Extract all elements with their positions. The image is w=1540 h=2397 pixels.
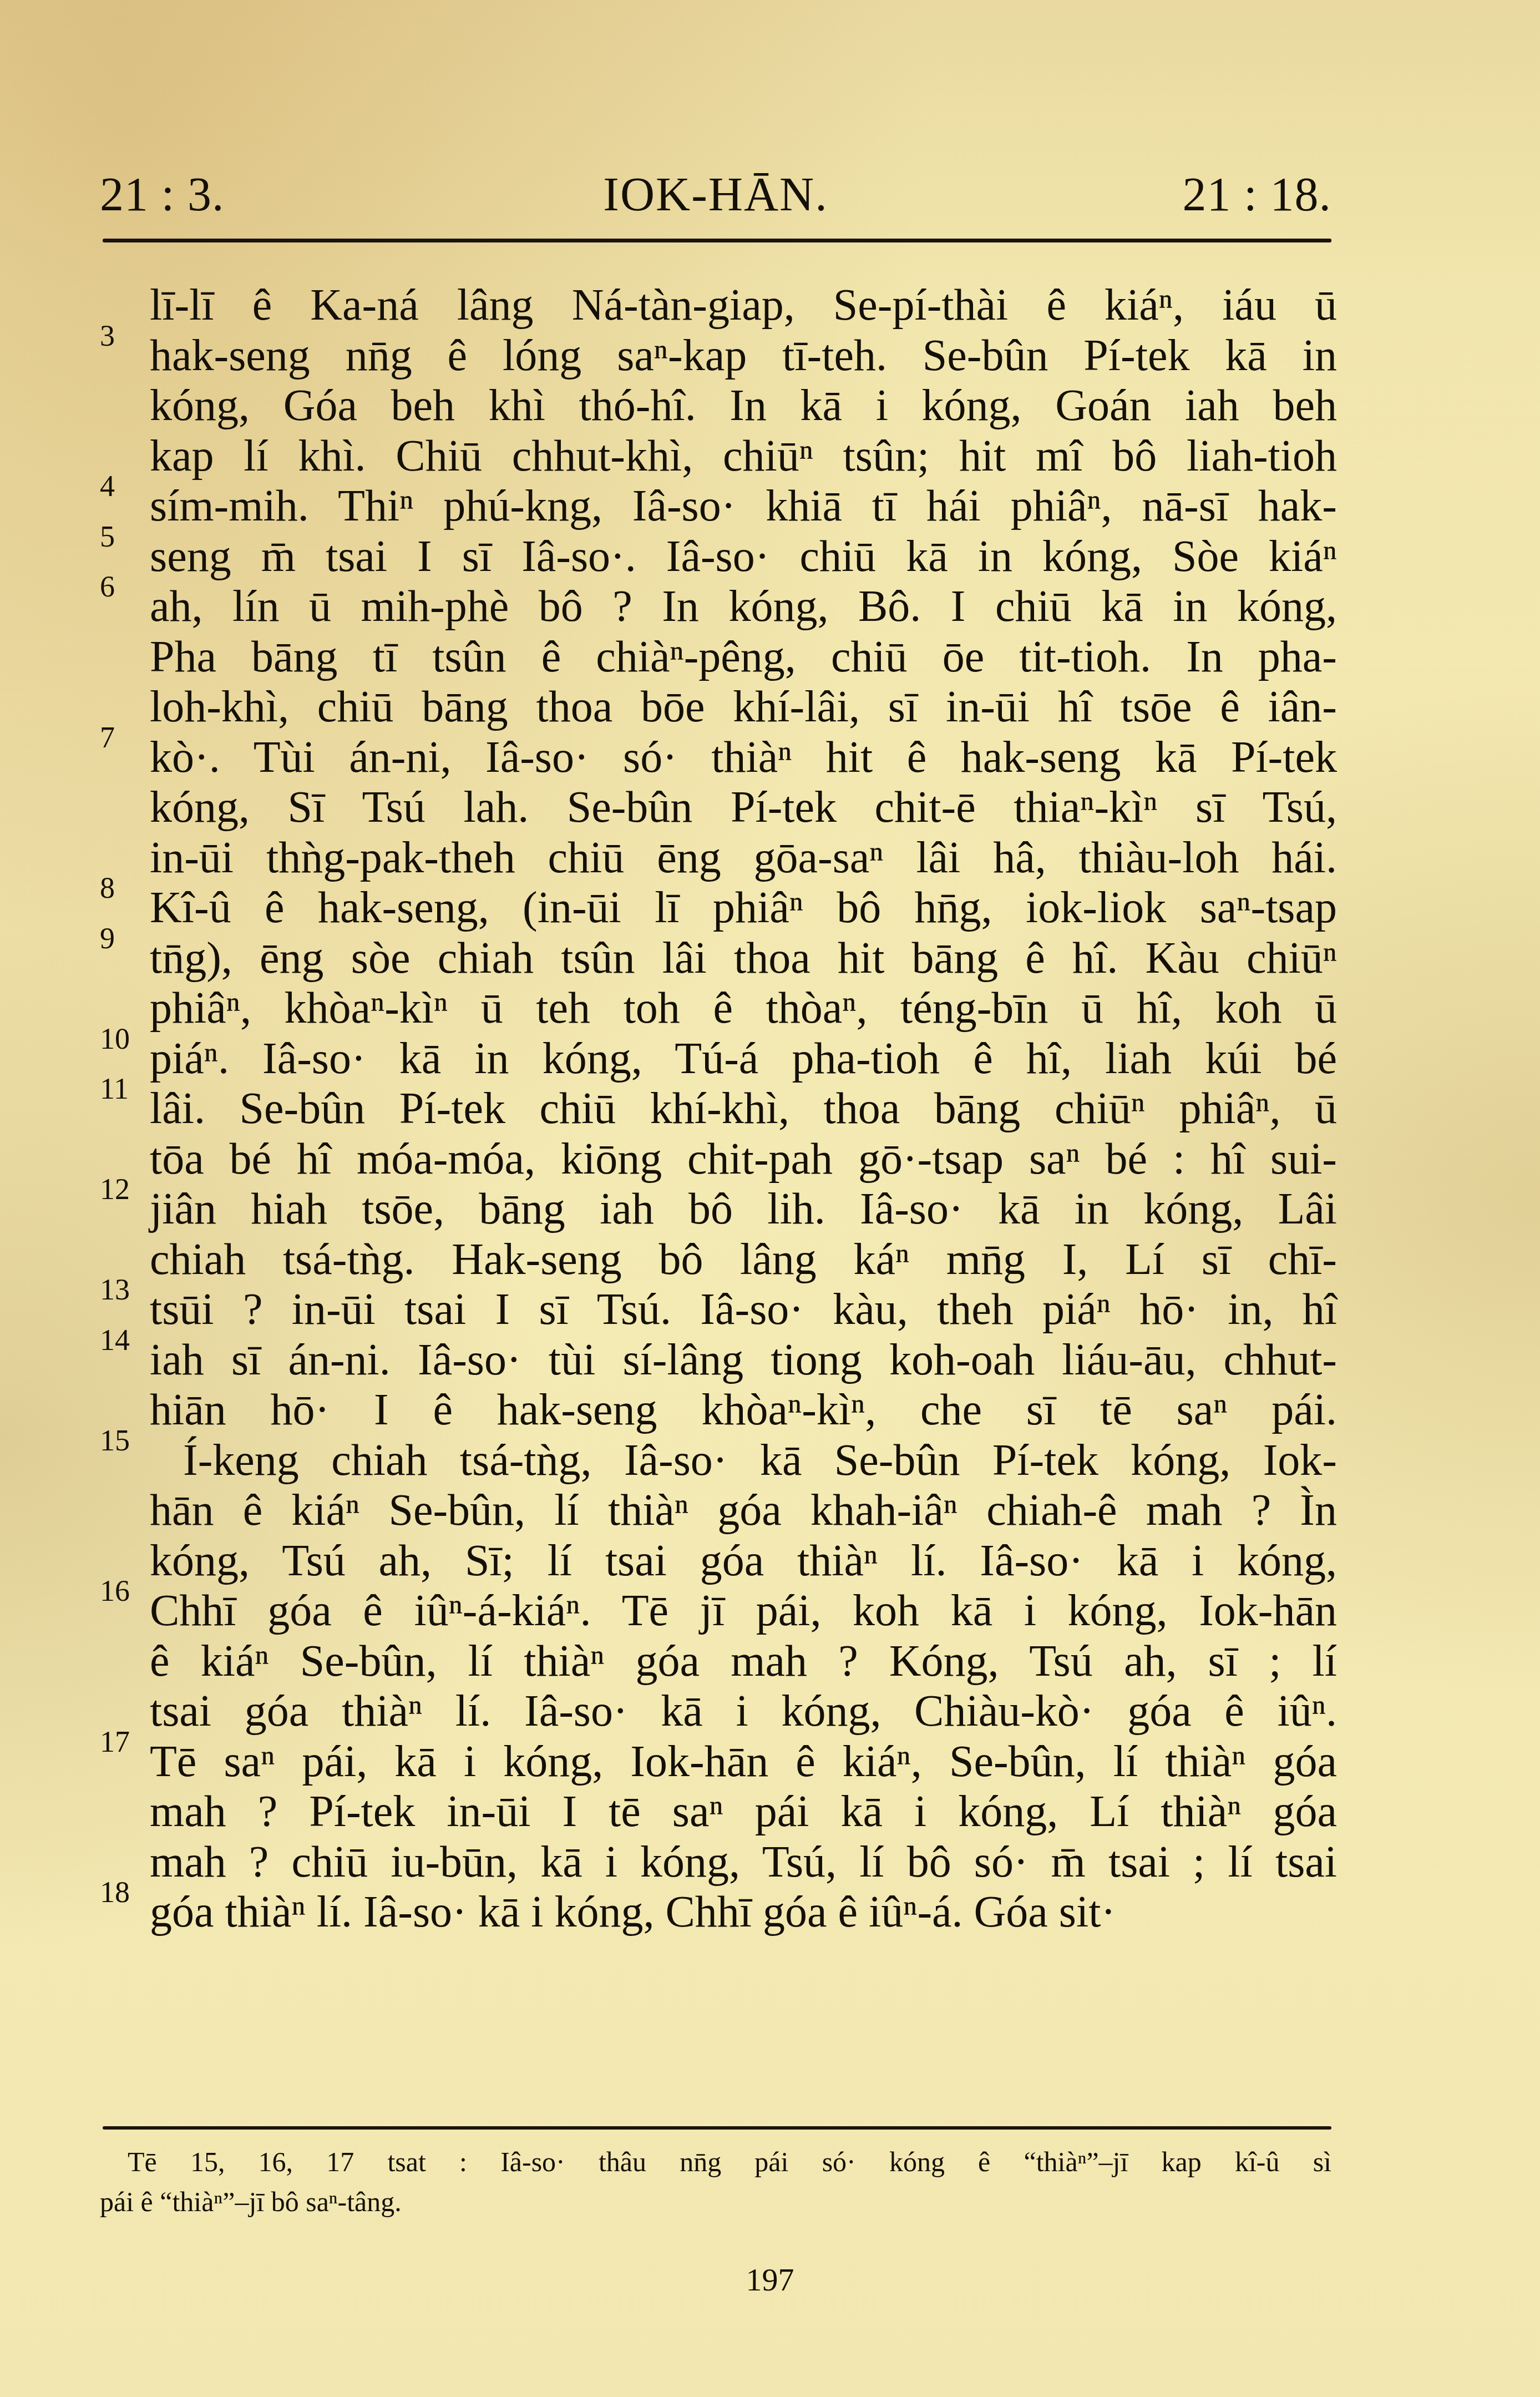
- text-line: kóng, Tsú ah, Sī; lí tsai góa thiàⁿ lí. …: [100, 1536, 1337, 1586]
- verse-number: 4: [100, 471, 115, 501]
- text-line: 8Kî-û ê hak-seng, (in-ūi lī phiâⁿ bô hn̄…: [100, 883, 1337, 933]
- text-line: phiâⁿ, khòaⁿ-kìⁿ ū teh toh ê thòaⁿ, téng…: [100, 983, 1337, 1034]
- verse-number: 13: [100, 1275, 130, 1304]
- line-text: lī-lī ê Ka-ná lâng Ná-tàn-giap, Se-pí-th…: [150, 281, 1337, 330]
- header-book-title: IOK-HĀN.: [603, 166, 828, 222]
- verse-number: 7: [100, 722, 115, 752]
- page-number: 197: [746, 2261, 794, 2298]
- line-text: ah, lín ū mih-phè bô ? In kóng, Bô. I ch…: [150, 582, 1337, 631]
- text-line: 17Tē saⁿ pái, kā i kóng, Iok-hān ê kiáⁿ,…: [100, 1737, 1337, 1787]
- text-line: 5seng m̄ tsai I sī Iâ-so·. Iâ-so· chiū k…: [100, 532, 1337, 582]
- line-text: Í-keng chiah tsá-tǹg, Iâ-so· kā Se-bûn P…: [183, 1436, 1337, 1485]
- text-line: 4sím-mih. Thiⁿ phú-kng, Iâ-so· khiā tī h…: [100, 481, 1337, 532]
- header-rule: [103, 239, 1331, 242]
- text-line: tsai góa thiàⁿ lí. Iâ-so· kā i kóng, Chi…: [100, 1686, 1337, 1737]
- text-line: 7kò·. Tùi án-ni, Iâ-so· só· thiàⁿ hit ê …: [100, 732, 1337, 783]
- line-text: kóng, Sī Tsú lah. Se-bûn Pí-tek chit-ē t…: [150, 783, 1337, 832]
- verse-number: 8: [100, 873, 115, 903]
- book-page: 21 : 3. IOK-HĀN. 21 : 18. lī-lī ê Ka-ná …: [0, 0, 1540, 2397]
- line-text: hān ê kiáⁿ Se-bûn, lí thiàⁿ góa khah-iâⁿ…: [150, 1486, 1337, 1535]
- line-text: mah ? Pí-tek in-ūi I tē saⁿ pái kā i kón…: [150, 1787, 1337, 1836]
- text-line: 14iah sī án-ni. Iâ-so· tùi sí-lâng tiong…: [100, 1335, 1337, 1385]
- line-text: Kî-û ê hak-seng, (in-ūi lī phiâⁿ bô hn̄g…: [150, 883, 1337, 932]
- text-line: ê kiáⁿ Se-bûn, lí thiàⁿ góa mah ? Kóng, …: [100, 1636, 1337, 1687]
- line-text: piáⁿ. Iâ-so· kā in kóng, Tú-á pha-tioh ê…: [150, 1034, 1337, 1083]
- verse-number: 16: [100, 1576, 130, 1606]
- line-text: loh-khì, chiū bāng thoa bōe khí-lâi, sī …: [150, 682, 1337, 731]
- text-line: hiān hō· I ê hak-seng khòaⁿ-kìⁿ, che sī …: [100, 1385, 1337, 1435]
- text-line: 3hak-seng nn̄g ê lóng saⁿ-kap tī-teh. Se…: [100, 331, 1337, 381]
- text-line: kóng, Góa beh khì thó-hî. In kā i kóng, …: [100, 381, 1337, 431]
- text-line: kóng, Sī Tsú lah. Se-bûn Pí-tek chit-ē t…: [100, 782, 1337, 833]
- footnote-line: pái ê “thiàⁿ”–jī bô saⁿ-tâng.: [100, 2182, 1331, 2222]
- verse-number: 9: [100, 923, 115, 953]
- header-right-reference: 21 : 18.: [1183, 166, 1331, 222]
- line-text: phiâⁿ, khòaⁿ-kìⁿ ū teh toh ê thòaⁿ, téng…: [150, 984, 1337, 1033]
- text-line: 9tn̄g), ēng sòe chiah tsûn lâi thoa hit …: [100, 933, 1337, 984]
- text-line: loh-khì, chiū bāng thoa bōe khí-lâi, sī …: [100, 682, 1337, 732]
- text-line: tōa bé hî móa-móa, kiōng chit-pah gō·-ts…: [100, 1134, 1337, 1185]
- text-line: 15Í-keng chiah tsá-tǹg, Iâ-so· kā Se-bûn…: [100, 1435, 1337, 1486]
- verse-number: 10: [100, 1024, 130, 1054]
- text-line: kap lí khì. Chiū chhut-khì, chiūⁿ tsûn; …: [100, 431, 1337, 482]
- line-text: kóng, Tsú ah, Sī; lí tsai góa thiàⁿ lí. …: [150, 1536, 1337, 1585]
- line-text: tsūi ? in-ūi tsai I sī Tsú. Iâ-so· kàu, …: [150, 1285, 1337, 1334]
- text-line: 11lâi. Se-bûn Pí-tek chiū khí-khì, thoa …: [100, 1084, 1337, 1134]
- line-text: ê kiáⁿ Se-bûn, lí thiàⁿ góa mah ? Kóng, …: [150, 1637, 1337, 1686]
- line-text: seng m̄ tsai I sī Iâ-so·. Iâ-so· chiū kā…: [150, 532, 1337, 581]
- line-text: Chhī góa ê iûⁿ-á-kiáⁿ. Tē jī pái, koh kā…: [150, 1586, 1337, 1635]
- line-text: góa thiàⁿ lí. Iâ-so· kā i kóng, Chhī góa…: [150, 1888, 1116, 1936]
- line-text: kóng, Góa beh khì thó-hî. In kā i kóng, …: [150, 381, 1337, 430]
- text-line: 12jiân hiah tsōe, bāng iah bô lih. Iâ-so…: [100, 1184, 1337, 1235]
- line-text: Tē saⁿ pái, kā i kóng, Iok-hān ê kiáⁿ, S…: [150, 1737, 1337, 1786]
- line-text: lâi. Se-bûn Pí-tek chiū khí-khì, thoa bā…: [150, 1084, 1337, 1133]
- text-line: 6ah, lín ū mih-phè bô ? In kóng, Bô. I c…: [100, 581, 1337, 632]
- scripture-text: lī-lī ê Ka-ná lâng Ná-tàn-giap, Se-pí-th…: [100, 280, 1343, 1938]
- text-line: mah ? chiū iu-būn, kā i kóng, Tsú, lí bô…: [100, 1837, 1337, 1888]
- verse-number: 17: [100, 1727, 130, 1757]
- line-text: hiān hō· I ê hak-seng khòaⁿ-kìⁿ, che sī …: [150, 1385, 1337, 1434]
- line-text: Pha bāng tī tsûn ê chiàⁿ-pêng, chiū ōe t…: [150, 633, 1337, 681]
- text-line: chiah tsá-tǹg. Hak-seng bô lâng káⁿ mn̄g…: [100, 1235, 1337, 1285]
- verse-number: 11: [100, 1074, 129, 1104]
- text-line: hān ê kiáⁿ Se-bûn, lí thiàⁿ góa khah-iâⁿ…: [100, 1485, 1337, 1536]
- running-header: 21 : 3. IOK-HĀN. 21 : 18.: [100, 166, 1331, 233]
- verse-number: 12: [100, 1174, 130, 1204]
- verse-number: 18: [100, 1877, 130, 1907]
- footnote: Tē 15, 16, 17 tsat : Iâ-so· thâu nn̄g pá…: [128, 2142, 1331, 2222]
- line-text: mah ? chiū iu-būn, kā i kóng, Tsú, lí bô…: [150, 1838, 1337, 1887]
- line-text: jiân hiah tsōe, bāng iah bô lih. Iâ-so· …: [150, 1185, 1337, 1233]
- line-text: tōa bé hî móa-móa, kiōng chit-pah gō·-ts…: [150, 1135, 1337, 1184]
- line-text: iah sī án-ni. Iâ-so· tùi sí-lâng tiong k…: [150, 1336, 1337, 1384]
- text-line: in-ūi thǹg-pak-theh chiū ēng gōa-saⁿ lâi…: [100, 833, 1337, 883]
- line-text: kò·. Tùi án-ni, Iâ-so· só· thiàⁿ hit ê h…: [150, 733, 1337, 782]
- text-line: 10piáⁿ. Iâ-so· kā in kóng, Tú-á pha-tioh…: [100, 1034, 1337, 1084]
- footnote-line: Tē 15, 16, 17 tsat : Iâ-so· thâu nn̄g pá…: [128, 2142, 1331, 2182]
- line-text: tsai góa thiàⁿ lí. Iâ-so· kā i kóng, Chi…: [150, 1687, 1337, 1736]
- text-line: Pha bāng tī tsûn ê chiàⁿ-pêng, chiū ōe t…: [100, 632, 1337, 682]
- verse-number: 15: [100, 1425, 130, 1455]
- header-left-reference: 21 : 3.: [100, 166, 224, 222]
- text-line: 13tsūi ? in-ūi tsai I sī Tsú. Iâ-so· kàu…: [100, 1285, 1337, 1335]
- text-line: 18góa thiàⁿ lí. Iâ-so· kā i kóng, Chhī g…: [100, 1887, 1337, 1938]
- verse-number: 14: [100, 1325, 130, 1355]
- verse-number: 5: [100, 522, 115, 552]
- footnote-rule: [103, 2126, 1331, 2130]
- verse-number: 6: [100, 572, 115, 601]
- text-line: 16Chhī góa ê iûⁿ-á-kiáⁿ. Tē jī pái, koh …: [100, 1586, 1337, 1636]
- line-text: in-ūi thǹg-pak-theh chiū ēng gōa-saⁿ lâi…: [150, 833, 1337, 882]
- verse-number: 3: [100, 321, 115, 351]
- line-text: kap lí khì. Chiū chhut-khì, chiūⁿ tsûn; …: [150, 432, 1337, 481]
- text-line: lī-lī ê Ka-ná lâng Ná-tàn-giap, Se-pí-th…: [100, 280, 1337, 331]
- line-text: chiah tsá-tǹg. Hak-seng bô lâng káⁿ mn̄g…: [150, 1235, 1337, 1284]
- line-text: hak-seng nn̄g ê lóng saⁿ-kap tī-teh. Se-…: [150, 331, 1337, 380]
- line-text: sím-mih. Thiⁿ phú-kng, Iâ-so· khiā tī há…: [150, 482, 1337, 530]
- text-line: mah ? Pí-tek in-ūi I tē saⁿ pái kā i kón…: [100, 1787, 1337, 1837]
- line-text: tn̄g), ēng sòe chiah tsûn lâi thoa hit b…: [150, 934, 1337, 983]
